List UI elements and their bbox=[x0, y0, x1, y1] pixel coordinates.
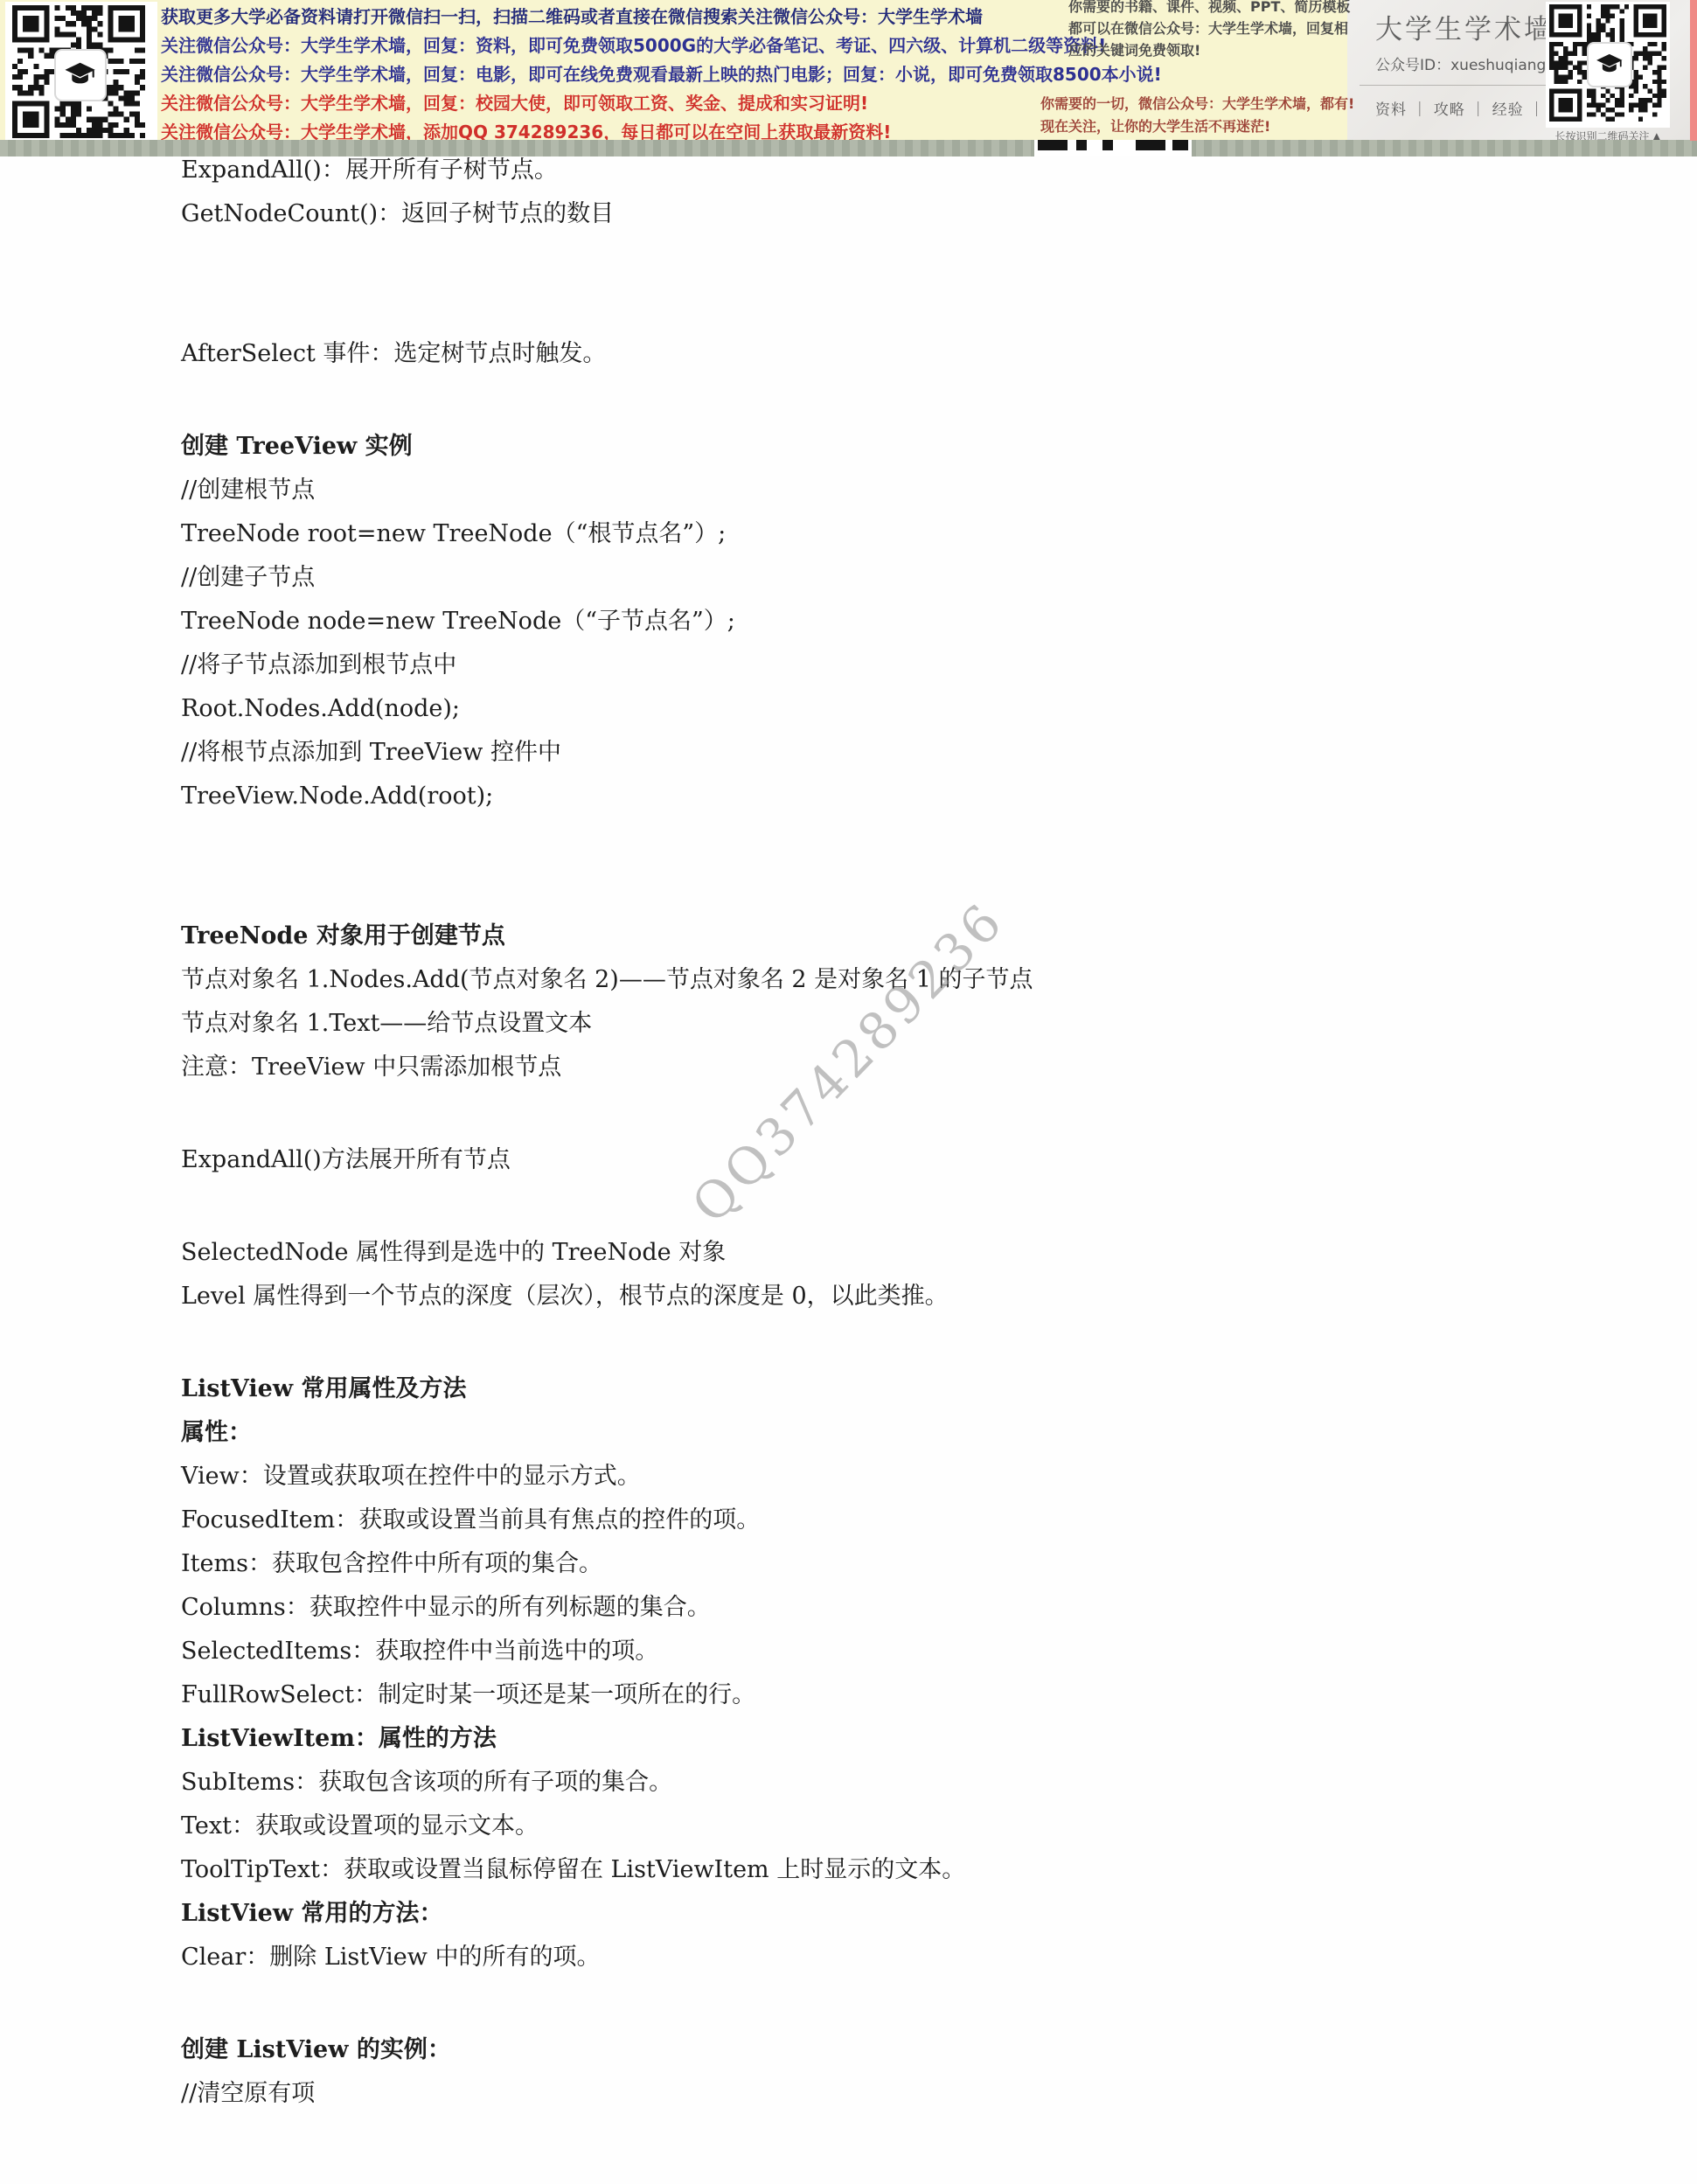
document-line: ExpandAll()方法展开所有节点 bbox=[181, 1138, 1033, 1182]
document-line: 注意：TreeView 中只需添加根节点 bbox=[181, 1046, 1033, 1089]
document-line: TreeNode root=new TreeNode（“根节点名”）; bbox=[181, 512, 1033, 556]
card-divider bbox=[1360, 85, 1550, 86]
document-line: 节点对象名 1.Text——给节点设置文本 bbox=[181, 1002, 1033, 1046]
document-line: ToolTipText：获取或设置当鼠标停留在 ListViewItem 上时显… bbox=[181, 1848, 1033, 1892]
document-body: ExpandAll()：展开所有子树节点。GetNodeCount()：返回子树… bbox=[181, 149, 1033, 2116]
document-line: SelectedNode 属性得到是选中的 TreeNode 对象 bbox=[181, 1231, 1033, 1275]
document-line: Text：获取或设置项的显示文本。 bbox=[181, 1805, 1033, 1848]
document-line: Level 属性得到一个节点的深度（层次），根节点的深度是 0，以此类推。 bbox=[181, 1275, 1033, 1318]
mid-note-line: 都可以在微信公众号：大学生学术墙，回复相 bbox=[1068, 17, 1350, 39]
document-line: SelectedItems：获取控件中当前选中的项。 bbox=[181, 1630, 1033, 1673]
banner-bottom-strip bbox=[0, 140, 1697, 156]
promo-banner: 获取更多大学必备资料请打开微信扫一扫，扫描二维码或者直接在微信搜索关注微信公众号… bbox=[0, 0, 1697, 156]
document-line: Columns：获取控件中显示的所有列标题的集合。 bbox=[181, 1586, 1033, 1630]
document-line: 节点对象名 1.Nodes.Add(节点对象名 2)——节点对象名 2 是对象名… bbox=[181, 958, 1033, 1002]
promo-line: 关注微信公众号：大学生学术墙，回复：资料，即可免费领取5000G的大学必备笔记、… bbox=[161, 31, 1162, 60]
promo-line: 关注微信公众号：大学生学术墙，回复：校园大使，即可领取工资、奖金、提成和实习证明… bbox=[161, 89, 1162, 118]
document-line: TreeNode 对象用于创建节点 bbox=[181, 915, 1033, 958]
document-line: ListView 常用属性及方法 bbox=[181, 1367, 1033, 1411]
document-line: 属性： bbox=[181, 1411, 1033, 1455]
document-line: GetNodeCount()：返回子树节点的数目 bbox=[181, 192, 1033, 236]
promo-line: 关注微信公众号：大学生学术墙，回复：电影，即可在线免费观看最新上映的热门电影；回… bbox=[161, 60, 1162, 89]
document-line: TreeView.Node.Add(root); bbox=[181, 775, 1033, 818]
document-line: FullRowSelect：制定时某一项还是某一项所在的行。 bbox=[181, 1673, 1033, 1717]
document-line: //清空原有项 bbox=[181, 2072, 1033, 2116]
document-line: SubItems：获取包含该项的所有子项的集合。 bbox=[181, 1761, 1033, 1805]
promo-text-block: 获取更多大学必备资料请打开微信扫一扫，扫描二维码或者直接在微信搜索关注微信公众号… bbox=[161, 3, 1162, 147]
document-line: View：设置或获取项在控件中的显示方式。 bbox=[181, 1455, 1033, 1499]
qr-remnant-blocks-icon bbox=[1038, 140, 1188, 150]
account-card-title: 大学生学术墙 bbox=[1375, 7, 1554, 46]
promo-line: 获取更多大学必备资料请打开微信扫一扫，扫描二维码或者直接在微信搜索关注微信公众号… bbox=[161, 3, 1162, 31]
document-line: Items：获取包含控件中所有项的集合。 bbox=[181, 1542, 1033, 1586]
mid-note-line: 你需要的书籍、课件、视频、PPT、简历模板 bbox=[1068, 0, 1350, 17]
qr-remnant-notch bbox=[1034, 140, 1192, 156]
document-line: AfterSelect 事件：选定树节点时触发。 bbox=[181, 332, 1033, 376]
document-line: 创建 TreeView 实例 bbox=[181, 425, 1033, 469]
document-line: ListView 常用的方法： bbox=[181, 1892, 1033, 1936]
document-line: ListViewItem：属性的方法 bbox=[181, 1717, 1033, 1761]
graduation-cap-icon bbox=[54, 49, 107, 101]
scanned-document-page: 获取更多大学必备资料请打开微信扫一扫，扫描二维码或者直接在微信搜索关注微信公众号… bbox=[0, 0, 1697, 2184]
document-line: 创建 ListView 的实例： bbox=[181, 2028, 1033, 2072]
document-line: TreeNode node=new TreeNode（“子节点名”）; bbox=[181, 600, 1033, 643]
document-line: //将根节点添加到 TreeView 控件中 bbox=[181, 731, 1033, 775]
document-line: FocusedItem：获取或设置当前具有焦点的控件的项。 bbox=[181, 1499, 1033, 1542]
banner-right-edge-strip bbox=[1690, 0, 1697, 141]
document-line: Root.Nodes.Add(node); bbox=[181, 687, 1033, 731]
mid-bottom-note: 你需要的一切，微信公众号：大学生学术墙，都有!现在关注，让你的大学生活不再迷茫! bbox=[1040, 93, 1354, 138]
document-line: //创建根节点 bbox=[181, 469, 1033, 512]
graduation-cap-icon bbox=[1587, 42, 1632, 87]
document-line: //创建子节点 bbox=[181, 556, 1033, 600]
mid-note-line: 你需要的一切，微信公众号：大学生学术墙，都有! bbox=[1040, 93, 1354, 115]
mid-note-line: 现在关注，让你的大学生活不再迷茫! bbox=[1040, 115, 1354, 138]
mid-note-line: 应的关键词免费领取! bbox=[1068, 39, 1350, 61]
mid-top-note: 你需要的书籍、课件、视频、PPT、简历模板都可以在微信公众号：大学生学术墙，回复… bbox=[1068, 0, 1350, 61]
document-line: Clear：删除 ListView 中的所有的项。 bbox=[181, 1936, 1033, 1979]
document-line: //将子节点添加到根节点中 bbox=[181, 643, 1033, 687]
